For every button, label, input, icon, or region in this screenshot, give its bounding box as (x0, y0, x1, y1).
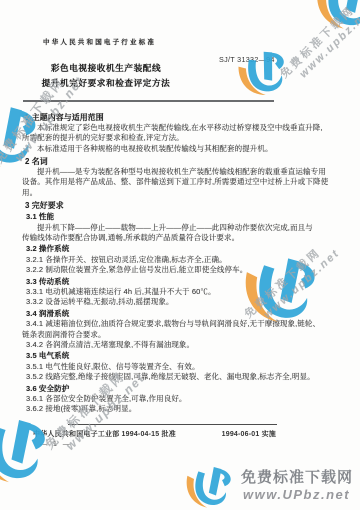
doc-line: 3.5.2 线路完整,绝缘子接线牢固,可靠,绝缘层无破裂、老化、漏电现象,标志齐… (22, 372, 340, 382)
header-divider (23, 100, 274, 102)
document-title-line2: 提升机完好要求和检查评定方法 (0, 77, 212, 89)
doc-line: 提升机下降——停止——载物——上升——停止——此四种动作要依次完成,而且与 (22, 223, 340, 233)
doc-line: 3.6.1 各部位安全防护装置齐全,可靠,作用良好。 (22, 394, 340, 404)
document-body: 1 主题内容与适用范围本标准规定了彩色电视接收机生产装配传输线,在水平移动过桥穿… (22, 110, 340, 415)
section-heading: 3.2 操作系统 (22, 244, 340, 254)
document-title-line1: 彩色电视接收机生产装配线 (0, 62, 212, 74)
doc-line: 传输线体动作要配合协调,通畅,所承载的产品质量符合设计要求。 (22, 233, 340, 243)
section-heading: 3.6 安全防护 (22, 384, 340, 394)
section-heading: 3.5 电气系统 (22, 351, 340, 361)
upbz-logo-icon (183, 459, 238, 509)
section-heading: 1 主题内容与适用范围 (22, 113, 340, 123)
scanned-standard-page: 中华人民共和国电子行业标准 SJ/T 31332—94 彩色电视接收机生产装配线… (0, 0, 360, 510)
doc-line: 本标准适用于各种规格的电视接收机装配传输线与其相配套的提升机。 (22, 144, 340, 154)
doc-line: 所需配套的提升机的完好要求和检查,评定方法。 (22, 133, 340, 143)
doc-line: 提升机——是专为装配各种型号电视接收机生产装配传输线相配套的载重垂直运输专用 (22, 167, 340, 177)
doc-line: 3.6.2 接地(接零)可靠,标志明显。 (22, 404, 340, 414)
watermark-brand-name: 免费标准下载网 (241, 466, 353, 487)
section-heading: 2 名词 (22, 157, 340, 167)
doc-line: 3.2.2 制动限位装置齐全,紧急停止信号发出后,能立即使全线停车。 (22, 265, 340, 275)
doc-line: 3.4.2 各润滑点清洁,无堵塞现象,不得有漏油现象。 (22, 340, 340, 350)
watermark-brand-url: www.UPbz.net (243, 487, 350, 502)
diagonal-watermark: 免费标准下载网 www.upbz.net (276, 0, 360, 90)
standard-number: SJ/T 31332—94 (219, 55, 275, 64)
doc-line: 用。 (22, 188, 340, 198)
section-heading: 3 完好要求 (22, 201, 340, 211)
footer-divider (68, 424, 277, 425)
doc-line: 3.3.1 电动机减速箱连续运行 4h 后,其温升不大于 60℃。 (22, 287, 340, 297)
doc-line: 3.2.1 各操作开关、按钮启动灵活,定位准确,标志齐全,正确。 (22, 255, 340, 265)
implementation-date: 1994-06-01 实施 (222, 429, 276, 439)
doc-line: 本标准规定了彩色电视接收机生产装配传输线,在水平移动过桥穿楼及空中线垂直升降, (22, 123, 340, 133)
doc-line: 3.5.1 电气性能良好,限位、信号等装置齐全、有效。 (22, 362, 340, 372)
section-heading: 3.4 润滑系统 (22, 309, 340, 319)
page-number: — 1 — (40, 441, 72, 448)
section-heading: 3.1 性能 (22, 212, 340, 222)
section-heading: 3.3 传动系统 (22, 277, 340, 287)
watermark-site-url: www.upbz.net (297, 4, 360, 80)
standard-authority: 中华人民共和国电子行业标准 (43, 37, 156, 46)
watermark-site-name: 免费标准下载网 (276, 0, 360, 81)
doc-line: 3.3.2 设备运转平稳,无振动,抖动,摇摆现象。 (22, 297, 340, 307)
doc-line: 设备。其作用是将产品成品、整、部件输送到下道工序时,所需要通过空中过桥上升或下降… (22, 177, 340, 187)
doc-line: 链条表面润滑符合要求。 (22, 330, 340, 340)
upbz-logo-icon (230, 39, 298, 102)
approval-note: 中华人民共和国电子工业部 1994-04-15 批准 (33, 429, 176, 439)
doc-line: 3.4.1 减速箱油位到位,油质符合规定要求,载物台与导轨间润滑良好,无干摩擦现… (22, 319, 340, 329)
upbz-logo-icon (312, 0, 360, 30)
